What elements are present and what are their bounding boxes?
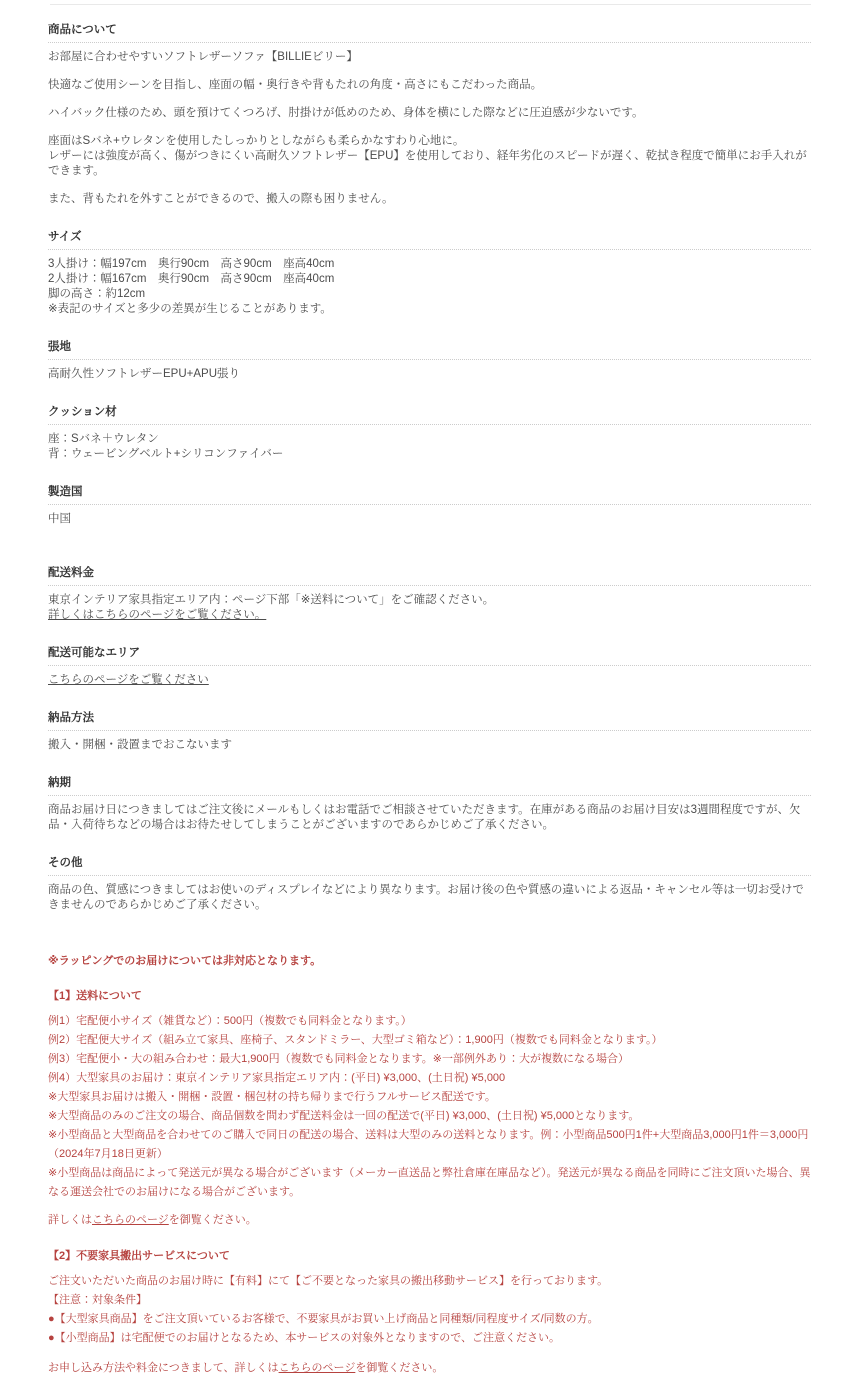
section-delivery-method: 納品方法 搬入・開梱・設置までおこないます [48, 709, 811, 753]
section-cushion-title: クッション材 [48, 403, 811, 425]
removal-service-apply: お申し込み方法や料金につきまして、詳しくはこちらのページを御覧ください。 [48, 1359, 811, 1378]
shipping-notice-title: 【1】送料について [48, 987, 811, 1006]
shipping-notice-item: 例4）大型家具のお届け：東京インテリア家具指定エリア内：(平日) ¥3,000、… [48, 1069, 811, 1088]
product-description-content: 商品について お部屋に合わせやすいソフトレザーソファ【BILLIEビリー】 快適… [0, 5, 843, 1398]
section-size: サイズ 3人掛け：幅197cm 奥行90cm 高さ90cm 座高40cm 2人掛… [48, 228, 811, 317]
section-about: 商品について お部屋に合わせやすいソフトレザーソファ【BILLIEビリー】 快適… [48, 21, 811, 207]
removal-service-condition-small: ●【小型商品】は宅配便でのお届けとなるため、本サービスの対象外となりますので、ご… [48, 1329, 811, 1348]
cushion-seat-value: 座：Sバネ＋ウレタン [48, 432, 811, 447]
section-other: その他 商品の色、質感につきましてはお使いのディスプレイなどにより異なります。お… [48, 854, 811, 913]
removal-service-description: ご注文いただいた商品のお届け時に【有料】にて【ご不要となった家具の搬出移動サービ… [48, 1272, 811, 1291]
shipping-notice-item: ※大型商品のみのご注文の場合、商品個数を問わず配送料金は一回の配送で(平日) ¥… [48, 1107, 811, 1126]
wrapping-notice: ※ラッピングでのお届けについては非対応となります。 [48, 953, 811, 969]
about-paragraph: 座面はSバネ+ウレタンを使用したしっかりとしながらも柔らかなすわり心地に。 レザ… [48, 134, 811, 179]
section-country-title: 製造国 [48, 483, 811, 505]
about-paragraph: ハイバック仕様のため、頭を預けてくつろげ、肘掛けが低めのため、身体を横にした際な… [48, 106, 811, 121]
section-about-title: 商品について [48, 21, 811, 43]
shipping-notice-item: 例1）宅配便小サイズ（雑貨など）：500円（複数でも同料金となります。） [48, 1012, 811, 1031]
shipping-notice-item: ※小型商品と大型商品を合わせてのご購入で同日の配送の場合、送料は大型のみの送料と… [48, 1126, 811, 1164]
shipping-notice-item: 例2）宅配便大サイズ（組み立て家具、座椅子、スタンドミラー、大型ゴミ箱など）：1… [48, 1031, 811, 1050]
section-lead-time: 納期 商品お届け日につきましてはご注文後にメールもしくはお電話でご相談させていた… [48, 774, 811, 833]
removal-apply-suffix: を御覧ください。 [355, 1362, 443, 1374]
removal-service-title: 【2】不要家具搬出サービスについて [48, 1247, 811, 1266]
shipping-more-suffix: を御覧ください。 [169, 1214, 257, 1226]
shipping-more-prefix: 詳しくは [48, 1214, 92, 1226]
section-shipping-fee: 配送料金 東京インテリア家具指定エリア内：ページ下部「※送料について」をご確認く… [48, 564, 811, 623]
section-upholstery-title: 張地 [48, 338, 811, 360]
shipping-fee-detail-link[interactable]: 詳しくはこちらのページをご覧ください。 [48, 609, 266, 621]
lead-time-text: 商品お届け日につきましてはご注文後にメールもしくはお電話でご相談させていただきま… [48, 803, 811, 833]
section-delivery-area-title: 配送可能なエリア [48, 644, 811, 666]
about-paragraph-line: 座面はSバネ+ウレタンを使用したしっかりとしながらも柔らかなすわり心地に。 [48, 134, 811, 149]
section-cushion: クッション材 座：Sバネ＋ウレタン 背：ウェービングベルト+シリコンファイバー [48, 403, 811, 462]
size-spec-row: 3人掛け：幅197cm 奥行90cm 高さ90cm 座高40cm [48, 257, 811, 272]
upholstery-value: 高耐久性ソフトレザーEPU+APU張り [48, 367, 811, 382]
delivery-area-link[interactable]: こちらのページをご覧ください [48, 674, 209, 686]
removal-service-condition-large: ●【大型家具商品】をご注文頂いているお客様で、不要家具がお買い上げ商品と同種類/… [48, 1310, 811, 1329]
delivery-method-value: 搬入・開梱・設置までおこないます [48, 738, 811, 753]
about-paragraph: また、背もたれを外すことができるので、搬入の際も困りません。 [48, 192, 811, 207]
removal-apply-prefix: お申し込み方法や料金につきまして、詳しくは [48, 1362, 279, 1374]
section-delivery-method-title: 納品方法 [48, 709, 811, 731]
section-other-title: その他 [48, 854, 811, 876]
removal-apply-link[interactable]: こちらのページ [279, 1362, 356, 1374]
section-country: 製造国 中国 [48, 483, 811, 527]
country-value: 中国 [48, 512, 811, 527]
about-paragraph: お部屋に合わせやすいソフトレザーソファ【BILLIEビリー】 [48, 50, 811, 65]
size-disclaimer: ※表記のサイズと多少の差異が生じることがあります。 [48, 302, 811, 317]
shipping-notice-item: ※大型家具お届けは搬入・開梱・設置・梱包材の持ち帰りまで行うフルサービス配送です… [48, 1088, 811, 1107]
shipping-fee-note: 東京インテリア家具指定エリア内：ページ下部「※送料について」をご確認ください。 [48, 593, 811, 608]
about-paragraph: 快適なご使用シーンを目指し、座面の幅・奥行きや背もたれの角度・高さにもこだわった… [48, 78, 811, 93]
shipping-more-link[interactable]: こちらのページ [92, 1214, 169, 1226]
size-spec-row: 2人掛け：幅167cm 奥行90cm 高さ90cm 座高40cm [48, 272, 811, 287]
section-lead-time-title: 納期 [48, 774, 811, 796]
section-size-title: サイズ [48, 228, 811, 250]
removal-service-conditions-label: 【注意：対象条件】 [48, 1291, 811, 1310]
product-detail-page: 商品について お部屋に合わせやすいソフトレザーソファ【BILLIEビリー】 快適… [0, 0, 843, 1398]
notice-block: ※ラッピングでのお届けについては非対応となります。 【1】送料について 例1）宅… [48, 953, 811, 1398]
about-paragraph-line: レザーには強度が高く、傷がつきにくい高耐久ソフトレザー【EPU】を使用しており、… [48, 149, 811, 179]
section-upholstery: 張地 高耐久性ソフトレザーEPU+APU張り [48, 338, 811, 382]
shipping-notice-more: 詳しくはこちらのページを御覧ください。 [48, 1211, 811, 1230]
shipping-notice-item: ※小型商品は商品によって発送元が異なる場合がございます（メーカー直送品と弊社倉庫… [48, 1164, 811, 1202]
size-spec-row: 脚の高さ：約12cm [48, 287, 811, 302]
section-shipping-fee-title: 配送料金 [48, 564, 811, 586]
other-text: 商品の色、質感につきましてはお使いのディスプレイなどにより異なります。お届け後の… [48, 883, 811, 913]
section-delivery-area: 配送可能なエリア こちらのページをご覧ください [48, 644, 811, 688]
cushion-back-value: 背：ウェービングベルト+シリコンファイバー [48, 447, 811, 462]
shipping-notice-item: 例3）宅配便小・大の組み合わせ：最大1,900円（複数でも同料金となります。※一… [48, 1050, 811, 1069]
